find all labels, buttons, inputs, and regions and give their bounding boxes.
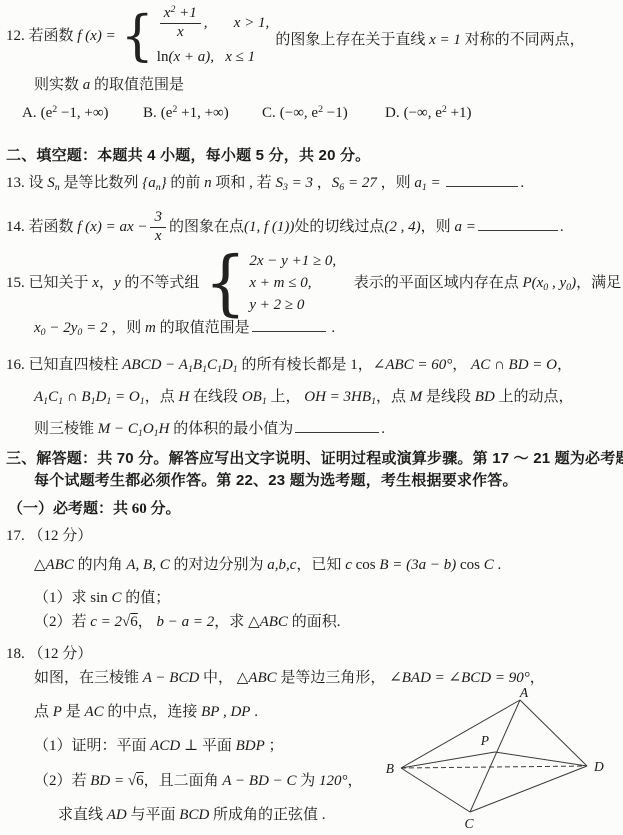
- fraction-numerator: 3: [150, 210, 166, 228]
- fraction: 3 x: [150, 210, 166, 245]
- q14-lead: 14. 若函数 f (x) = ax −: [6, 218, 147, 237]
- question-13: 13. 设 Sn 是等比数列 {an} 的前 n 项和 , 若 S3 = 3 ，…: [6, 173, 524, 193]
- point-label-p: P: [480, 733, 489, 748]
- option-b-value: (e2 +1, +∞): [161, 105, 229, 121]
- q14-tail: 的图象在点(1, f (1))处的切线过点(2 , 4)，则 a =.: [169, 217, 564, 237]
- question-14: 14. 若函数 f (x) = ax − 3 x 的图象在点(1, f (1))…: [6, 210, 564, 245]
- question-18-part-2: （2）若 BD = √6，且二面角 A − BD − C 为 120°，: [34, 772, 363, 791]
- q12-tail: 的图象上存在关于直线 x = 1 对称的不同两点，: [275, 31, 584, 50]
- option-c-label: C.: [262, 105, 276, 121]
- fraction-numerator: x2 +1: [160, 6, 201, 24]
- q12-question-line: 则实数 a 的取值范围是: [34, 76, 184, 95]
- q15-line-2: x0 − 2y0 = 2 ，则 m 的取值范围是 .: [34, 318, 335, 338]
- question-16-line-1: 16. 已知直四棱柱 ABCD − A1B1C1D1 的所有棱长都是 1，∠AB…: [6, 356, 572, 375]
- q15-inequality-1: 2x − y +1 ≥ 0,: [249, 252, 336, 271]
- section-3-header-line-2: 每个试题考生都必须作答。第 22、23 题为选考题，考生根据要求作答。: [34, 472, 518, 491]
- question-12-stem: 12. 若函数 f (x) = { x2 +1 x , x > 1, ln(x …: [6, 6, 585, 66]
- segment-pd: [495, 752, 587, 766]
- question-17-part-2: （2）若 c = 2√6， b − a = 2，求 △ABC 的面积.: [34, 613, 340, 632]
- question-16-line-2: A1C1 ∩ B1D1 = O1，点 H 在线段 OB1 上， OH = 3HB…: [34, 388, 574, 407]
- option-d: D.(−∞, e2 +1): [385, 104, 472, 123]
- q12-case-1: x2 +1 x , x > 1,: [157, 6, 270, 41]
- option-a: A.(e2 −1, +∞): [22, 104, 109, 123]
- q15-inequality-3: y + 2 ≥ 0: [249, 296, 304, 315]
- option-b: B.(e2 +1, +∞): [143, 104, 229, 123]
- piecewise-brace: {: [121, 12, 154, 61]
- section-3-sub-header: （一）必考题：共 60 分。: [8, 500, 181, 519]
- question-18-stem-line-2: 点 P 是 AC 的中点，连接 BP , DP .: [34, 703, 258, 722]
- q12-case-2: ln(x + a), x ≤ 1: [157, 48, 270, 67]
- q12-lead: 12. 若函数 f (x) =: [6, 27, 116, 46]
- question-18-part-2-line-2: 求直线 AD 与平面 BCD 所成角的正弦值 .: [58, 806, 326, 825]
- edge-ad: [520, 700, 587, 766]
- option-a-label: A.: [22, 105, 37, 121]
- option-b-label: B.: [143, 105, 157, 121]
- question-17-number: 17. （12 分）: [6, 527, 92, 546]
- fraction: x2 +1 x: [160, 6, 201, 41]
- vertex-label-d: D: [593, 759, 604, 774]
- section-2-header: 二、填空题：本题共 4 小题，每小题 5 分，共 20 分。: [6, 147, 370, 166]
- fraction-denominator: x: [155, 228, 162, 245]
- q15-tail: 表示的平面区域内存在点 P(x0 , y0)，满足: [346, 274, 621, 293]
- q12-piecewise: x2 +1 x , x > 1, ln(x + a), x ≤ 1: [157, 6, 270, 66]
- q15-inequality-2: x + m ≤ 0,: [249, 274, 311, 293]
- question-16-line-3: 则三棱锥 M − C1O1H 的体积的最小值为.: [34, 419, 385, 439]
- section-3-header-line-1: 三、解答题：共 70 分。解答应写出文字说明、证明过程或演算步骤。第 17 ～ …: [6, 450, 623, 469]
- question-17-part-1: （1）求 sin C 的值；: [34, 589, 170, 608]
- question-18-part-1: （1）证明：平面 ACD ⊥ 平面 BDP ；: [34, 737, 284, 756]
- vertex-label-a: A: [519, 685, 529, 700]
- exam-page: 12. 若函数 f (x) = { x2 +1 x , x > 1, ln(x …: [0, 0, 623, 835]
- vertex-label-b: B: [386, 761, 394, 776]
- edge-bc: [401, 768, 470, 812]
- option-c-value: (−∞, e2 −1): [280, 105, 348, 121]
- question-17-stem: △ABC 的内角 A, B, C 的对边分别为 a,b,c，已知 c cos B…: [34, 556, 501, 575]
- question-15: 15. 已知关于 x，y 的不等式组 { 2x − y +1 ≥ 0, x + …: [6, 252, 621, 314]
- option-c: C.(−∞, e2 −1): [262, 104, 348, 123]
- option-a-value: (e2 −1, +∞): [41, 105, 109, 121]
- fraction-denominator: x: [177, 24, 184, 41]
- option-d-value: (−∞, e2 +1): [404, 105, 472, 121]
- tetrahedron-figure: A B C D P: [383, 684, 620, 835]
- option-d-label: D.: [385, 105, 400, 121]
- question-18-number: 18. （12 分）: [6, 645, 92, 664]
- edge-bd-dashed: [401, 766, 587, 768]
- q15-inequality-system: 2x − y +1 ≥ 0, x + m ≤ 0, y + 2 ≥ 0: [249, 252, 336, 314]
- vertex-label-c: C: [464, 816, 474, 831]
- system-brace: {: [204, 251, 246, 315]
- q15-lead: 15. 已知关于 x，y 的不等式组: [6, 274, 199, 293]
- q12-case-1-condition: , x > 1,: [204, 14, 270, 33]
